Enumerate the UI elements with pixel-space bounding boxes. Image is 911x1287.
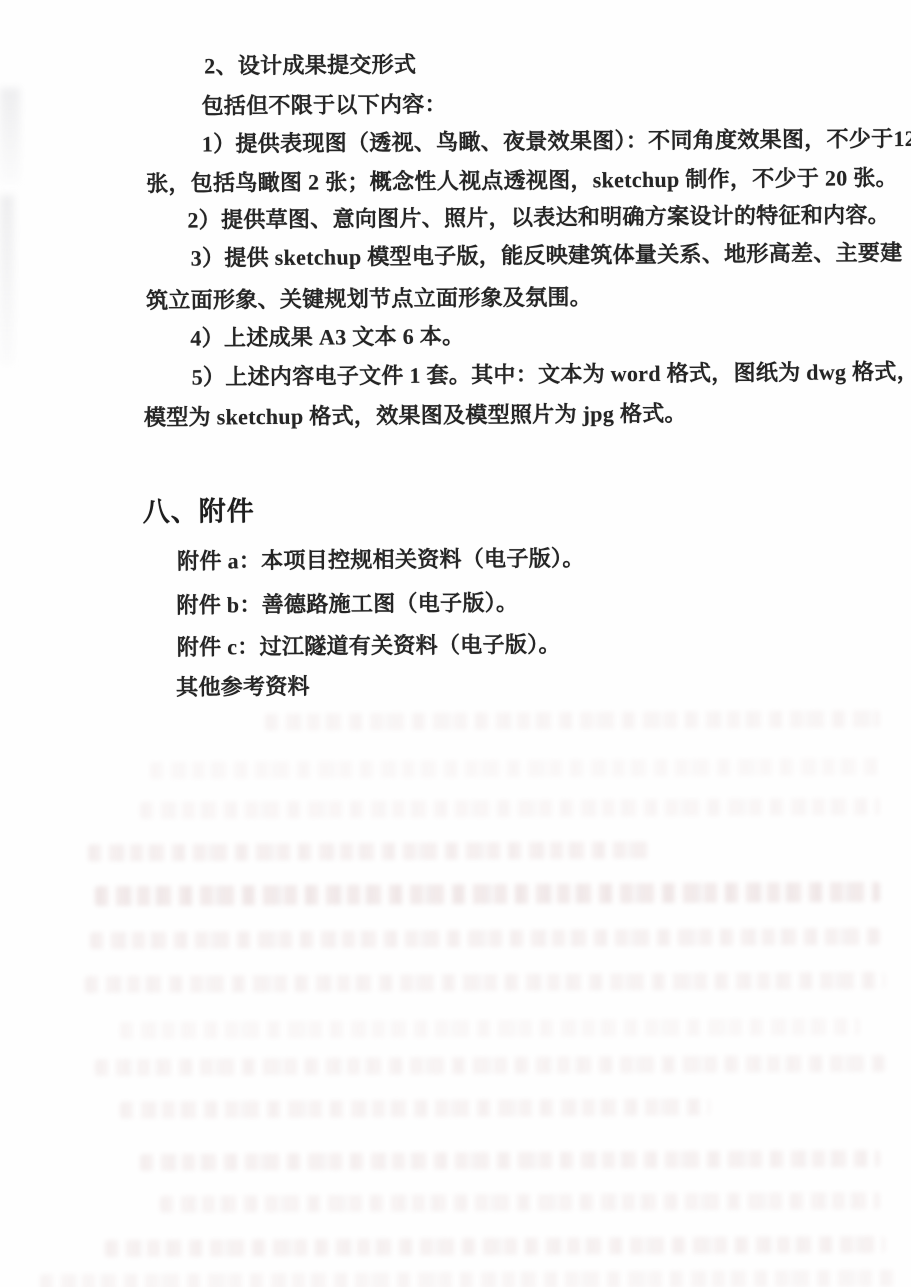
bleedthrough-text-line bbox=[265, 710, 880, 730]
requirement-item-5-line-2: 模型为 sketchup 格式，效果图及模型照片为 jpg 格式。 bbox=[144, 397, 687, 432]
attachment-item-c: 附件 c：过江隧道有关资料（电子版）。 bbox=[177, 628, 561, 662]
requirement-item-4: 4）上述成果 A3 文本 6 本。 bbox=[190, 319, 464, 352]
attachment-item-a: 附件 a：本项目控规相关资料（电子版）。 bbox=[177, 542, 585, 576]
requirements-heading: 2、设计成果提交形式 bbox=[204, 48, 416, 81]
bleedthrough-text-line bbox=[88, 842, 648, 862]
attachment-item-b: 附件 b：善德路施工图（电子版）。 bbox=[176, 586, 518, 620]
scanned-document-page: { "document": { "section_requirements": … bbox=[0, 0, 911, 1287]
requirement-item-3-line-1: 3）提供 sketchup 模型电子版，能反映建筑体量关系、地形高差、主要建 bbox=[191, 236, 903, 273]
requirements-intro: 包括但不限于以下内容： bbox=[201, 88, 447, 121]
document-content: 2、设计成果提交形式 包括但不限于以下内容： 1）提供表现图（透视、鸟瞰、夜景效… bbox=[0, 0, 911, 1287]
attachments-heading: 八、附件 bbox=[143, 489, 255, 529]
requirement-item-2: 2）提供草图、意向图片、照片，以表达和明确方案设计的特征和内容。 bbox=[187, 198, 890, 235]
bleedthrough-text-line bbox=[120, 1098, 710, 1118]
other-reference-note: 其他参考资料 bbox=[176, 670, 310, 702]
left-edge-scan-shadow bbox=[0, 195, 14, 365]
bleedthrough-text-line bbox=[95, 882, 880, 906]
requirement-item-3-line-2: 筑立面形象、关键规划节点立面形象及氛围。 bbox=[146, 280, 592, 315]
requirement-item-5-line-1: 5）上述内容电子文件 1 套。其中：文本为 word 格式，图纸为 dwg 格式… bbox=[192, 355, 911, 392]
left-edge-scan-shadow bbox=[0, 88, 20, 183]
requirement-item-1-line-2: 张，包括鸟瞰图 2 张；概念性人视点透视图，sketchup 制作，不少于 20… bbox=[146, 161, 898, 198]
requirement-item-1-line-1: 1）提供表现图（透视、鸟瞰、夜景效果图）：不同角度效果图，不少于12 bbox=[202, 122, 911, 159]
